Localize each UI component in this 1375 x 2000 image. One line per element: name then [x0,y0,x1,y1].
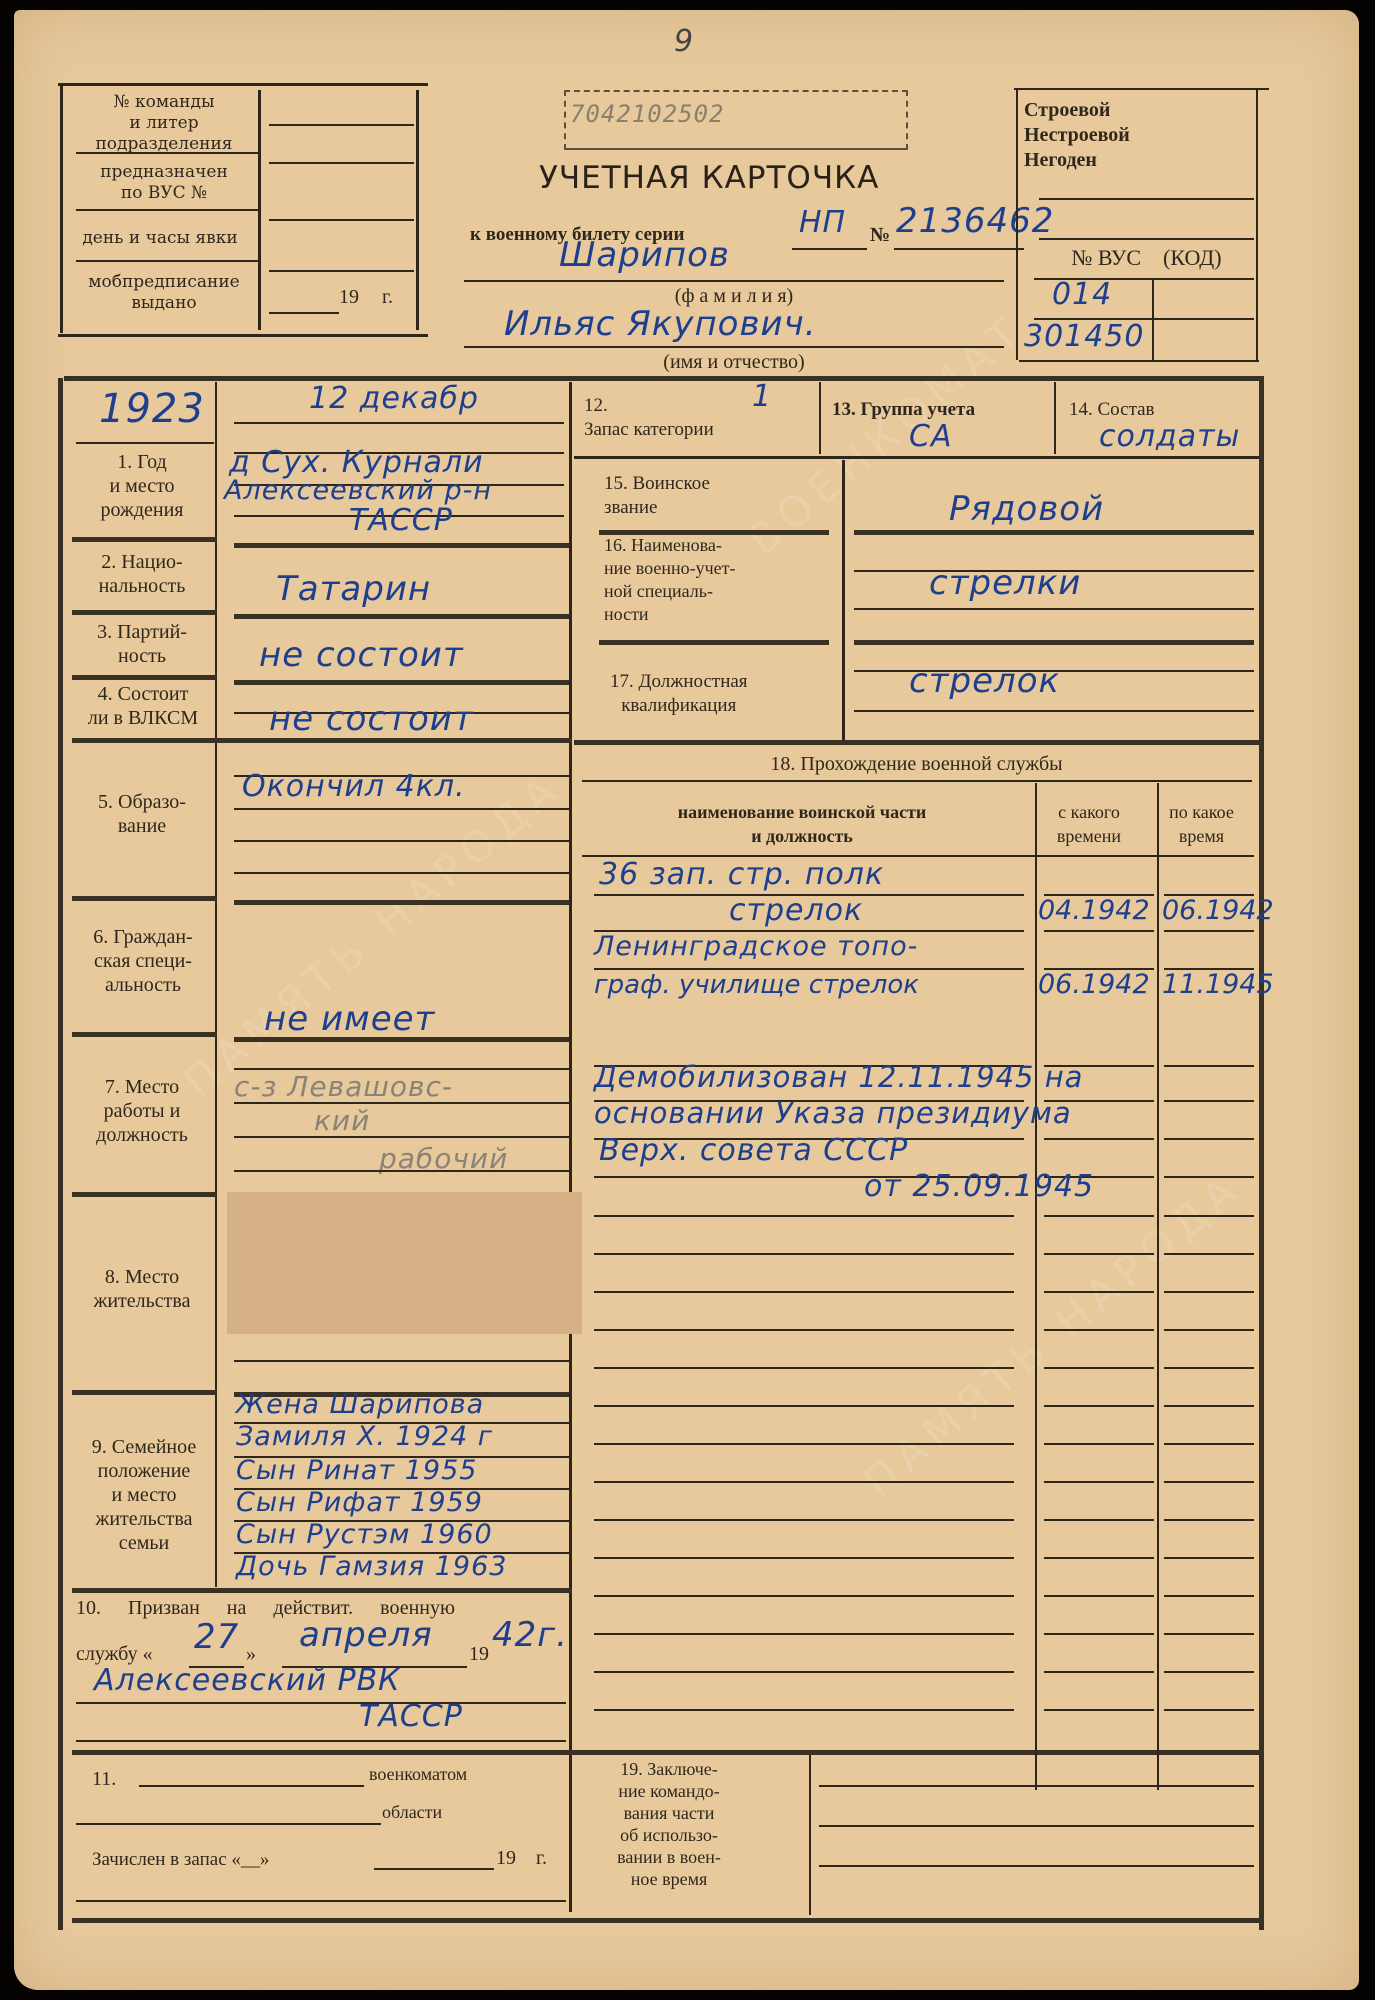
party-value: не состоит [259,636,464,674]
service-row-1-to: 06.1942 [1162,894,1274,928]
conscription-day: 27 [194,1618,239,1656]
redacted-residence [227,1192,582,1334]
archive-stamp: 7042102502 [564,90,908,150]
name-caption: (имя и отчество) [464,350,1004,374]
record-card: ПАМЯТЬ НАРОДА ВОЕНКОМАТ ПАМЯТЬ НАРОДА 9 … [14,10,1359,1990]
workplace-line-2: кий [314,1102,370,1140]
column-to-header: по какое время [1149,800,1254,848]
rank-value: Рядовой [949,490,1104,528]
reserve-category-label: 12. Запас категории [584,394,714,442]
accounting-group-value: СА [909,420,952,454]
appearance-time-label: день и часы явки [62,228,258,249]
workplace-line-1: с-з Левашовс- [234,1068,453,1106]
residence-label: 8. Место жительства [72,1265,212,1313]
service-row-1-unit-line-1: 36 зап. стр. полк [599,858,884,892]
specialty-value: стрелки [929,564,1081,602]
nationality-value: Татарин [276,570,431,608]
education-label: 5. Образо- вание [72,790,212,838]
education-value: Окончил 4кл. [242,770,466,804]
workplace-line-3: рабочий [379,1140,508,1178]
service-row-2-unit-line-2: граф. училище стрелок [594,968,919,1002]
command-conclusion-label: 19. Заключе- ние командо- вания части об… [579,1758,759,1890]
fitness-status-1: Строевой [1024,98,1110,122]
ticket-number: 2136462 [896,202,1054,240]
reserve-year: 19 г. [496,1846,547,1870]
family-line-5: Сын Рустэм 1960 [236,1518,493,1552]
civil-specialty-label: 6. Граждан- ская специ- альность [69,925,217,997]
service-row-2-to: 11.1945 [1162,968,1274,1002]
rank-label: 15. Воинское звание [604,472,710,520]
card-title: УЧЕТНАЯ КАРТОЧКА [539,160,879,196]
demob-note-line-3: Верх. совета СССР [599,1134,908,1168]
column-from-header: с какого времени [1034,800,1144,848]
fitness-status-2: Нестроевой [1024,123,1130,147]
birth-date: 12 декабр [309,382,479,416]
vus-code-label: № ВУС (КОД) [1039,246,1254,270]
family-line-2: Замиля Х. 1924 г [236,1420,493,1454]
fitness-status-3: Негоден [1024,148,1097,172]
service-row-1-unit-line-2: стрелок [729,894,863,928]
demob-note-line-2: основании Указа президиума [594,1096,1072,1130]
birth-republic: ТАССР [349,504,453,538]
party-label: 3. Партий- ность [72,620,212,668]
column-unit-header: наименование воинской части и должность [582,800,1022,848]
demob-note-line-4: от 25.09.1945 [864,1170,1094,1204]
assigned-vus-label: предназначен по ВУС № [74,162,254,204]
enlist-number: 11. [92,1767,116,1791]
workplace-label: 7. Место работы и должность [72,1075,212,1147]
conscription-office: Алексеевский РВК [94,1664,400,1698]
service-history-title: 18. Прохождение военной службы [574,752,1259,776]
service-row-2-unit-line-1: Ленинградское топо- [594,930,918,964]
family-line-6: Дочь Гамзия 1963 [236,1550,507,1584]
surname-value: Шарипов [559,236,730,274]
conscription-year: 42г. [492,1616,568,1654]
birth-year: 1923 [99,390,205,428]
team-number-label: № команды и литер подразделения [74,92,254,155]
conscription-month: апреля [299,1616,433,1654]
birth-label: 1. Год и место рождения [72,450,212,522]
family-line-4: Сын Рифат 1959 [236,1486,483,1520]
page-number: 9 [674,25,694,59]
vus-value-1: 014 [1052,278,1112,312]
ticket-series: НП [799,206,846,240]
komsomol-label: 4. Состоит ли в ВЛКСМ [69,682,217,730]
reserve-label: Зачислен в запас «__» [92,1848,269,1872]
civil-specialty-value: не имеет [264,1000,435,1038]
specialty-label: 16. Наименова- ние военно-учет- ной спец… [604,534,736,626]
service-row-1-from: 04.1942 [1038,894,1150,928]
family-line-3: Сын Ринат 1955 [236,1454,477,1488]
qualification-label: 17. Должностная квалификация [610,670,748,718]
demob-note-line-1: Демобилизован 12.11.1945 на [594,1060,1083,1094]
composition-value: солдаты [1099,420,1240,454]
family-line-1: Жена Шарипова [236,1388,484,1422]
conscription-republic: ТАССР [359,1700,463,1734]
oblast-label: области [382,1800,442,1824]
mob-order-year: 19 г. [339,285,419,309]
ticket-number-sign: № [870,223,890,247]
qualification-value: стрелок [909,662,1060,700]
family-label: 9. Семейное положение и место жительства… [69,1435,219,1555]
nationality-label: 2. Нацио- нальность [72,550,212,598]
reserve-category-value: 1 [752,380,772,414]
name-value: Ильяс Якупович. [504,305,817,343]
mob-order-label: мобпредписание выдано [74,272,254,314]
service-row-2-from: 06.1942 [1038,968,1150,1002]
conscription-year-prefix: 19 [469,1642,489,1666]
voenkomat-label: военкоматом [369,1762,467,1786]
komsomol-value: не состоит [269,700,474,738]
vus-value-2: 301450 [1024,320,1145,354]
accounting-group-label: 13. Группа учета [832,398,975,422]
